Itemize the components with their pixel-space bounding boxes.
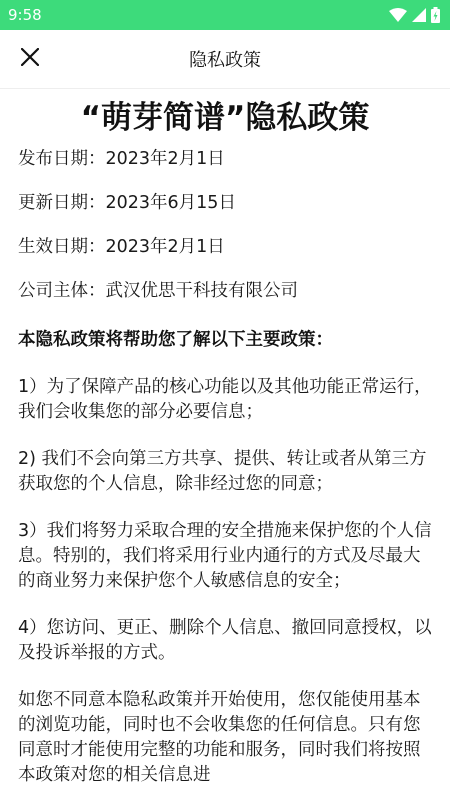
cellular-signal-icon (412, 8, 426, 22)
meta-label: 公司主体： (18, 281, 106, 301)
meta-label: 发布日期： (18, 149, 106, 169)
company-line: 公司主体：武汉优思干科技有限公司 (18, 279, 432, 304)
publish-date-line: 发布日期：2023年2月1日 (18, 147, 432, 172)
close-button[interactable] (18, 47, 42, 71)
page-title: 隐私政策 (0, 46, 450, 72)
wifi-icon (389, 8, 407, 22)
status-time: 9:58 (8, 6, 42, 24)
meta-label: 生效日期： (18, 237, 106, 257)
policy-paragraph-5: 如您不同意本隐私政策并开始使用，您仅能使用基本的浏览功能，同时也不会收集您的任何… (18, 688, 432, 788)
battery-charging-icon (431, 7, 440, 23)
policy-paragraph-3: 3）我们将努力采取合理的安全措施来保护您的个人信息。特别的，我们将采用行业内通行… (18, 519, 432, 594)
status-bar: 9:58 (0, 0, 450, 30)
meta-label: 更新日期： (18, 193, 106, 213)
policy-content[interactable]: “萌芽简谱”隐私政策 发布日期：2023年2月1日 更新日期：2023年6月15… (0, 97, 450, 788)
document-title: “萌芽简谱”隐私政策 (18, 97, 432, 139)
policy-paragraph-4: 4）您访问、更正、删除个人信息、撤回同意授权，以及投诉举报的方式。 (18, 616, 432, 666)
status-icons (389, 7, 440, 23)
meta-value: 2023年2月1日 (106, 149, 225, 169)
policy-paragraph-1: 1）为了保障产品的核心功能以及其他功能正常运行，我们会收集您的部分必要信息； (18, 375, 432, 425)
meta-value: 武汉优思干科技有限公司 (106, 281, 299, 301)
close-icon (21, 48, 39, 70)
policy-paragraph-2: 2) 我们不会向第三方共享、提供、转让或者从第三方获取您的个人信息，除非经过您的… (18, 447, 432, 497)
effective-date-line: 生效日期：2023年2月1日 (18, 235, 432, 260)
update-date-line: 更新日期：2023年6月15日 (18, 191, 432, 216)
meta-value: 2023年2月1日 (106, 237, 225, 257)
policy-intro: 本隐私政策将帮助您了解以下主要政策： (18, 328, 432, 353)
app-bar: 隐私政策 (0, 30, 450, 89)
meta-value: 2023年6月15日 (106, 193, 236, 213)
